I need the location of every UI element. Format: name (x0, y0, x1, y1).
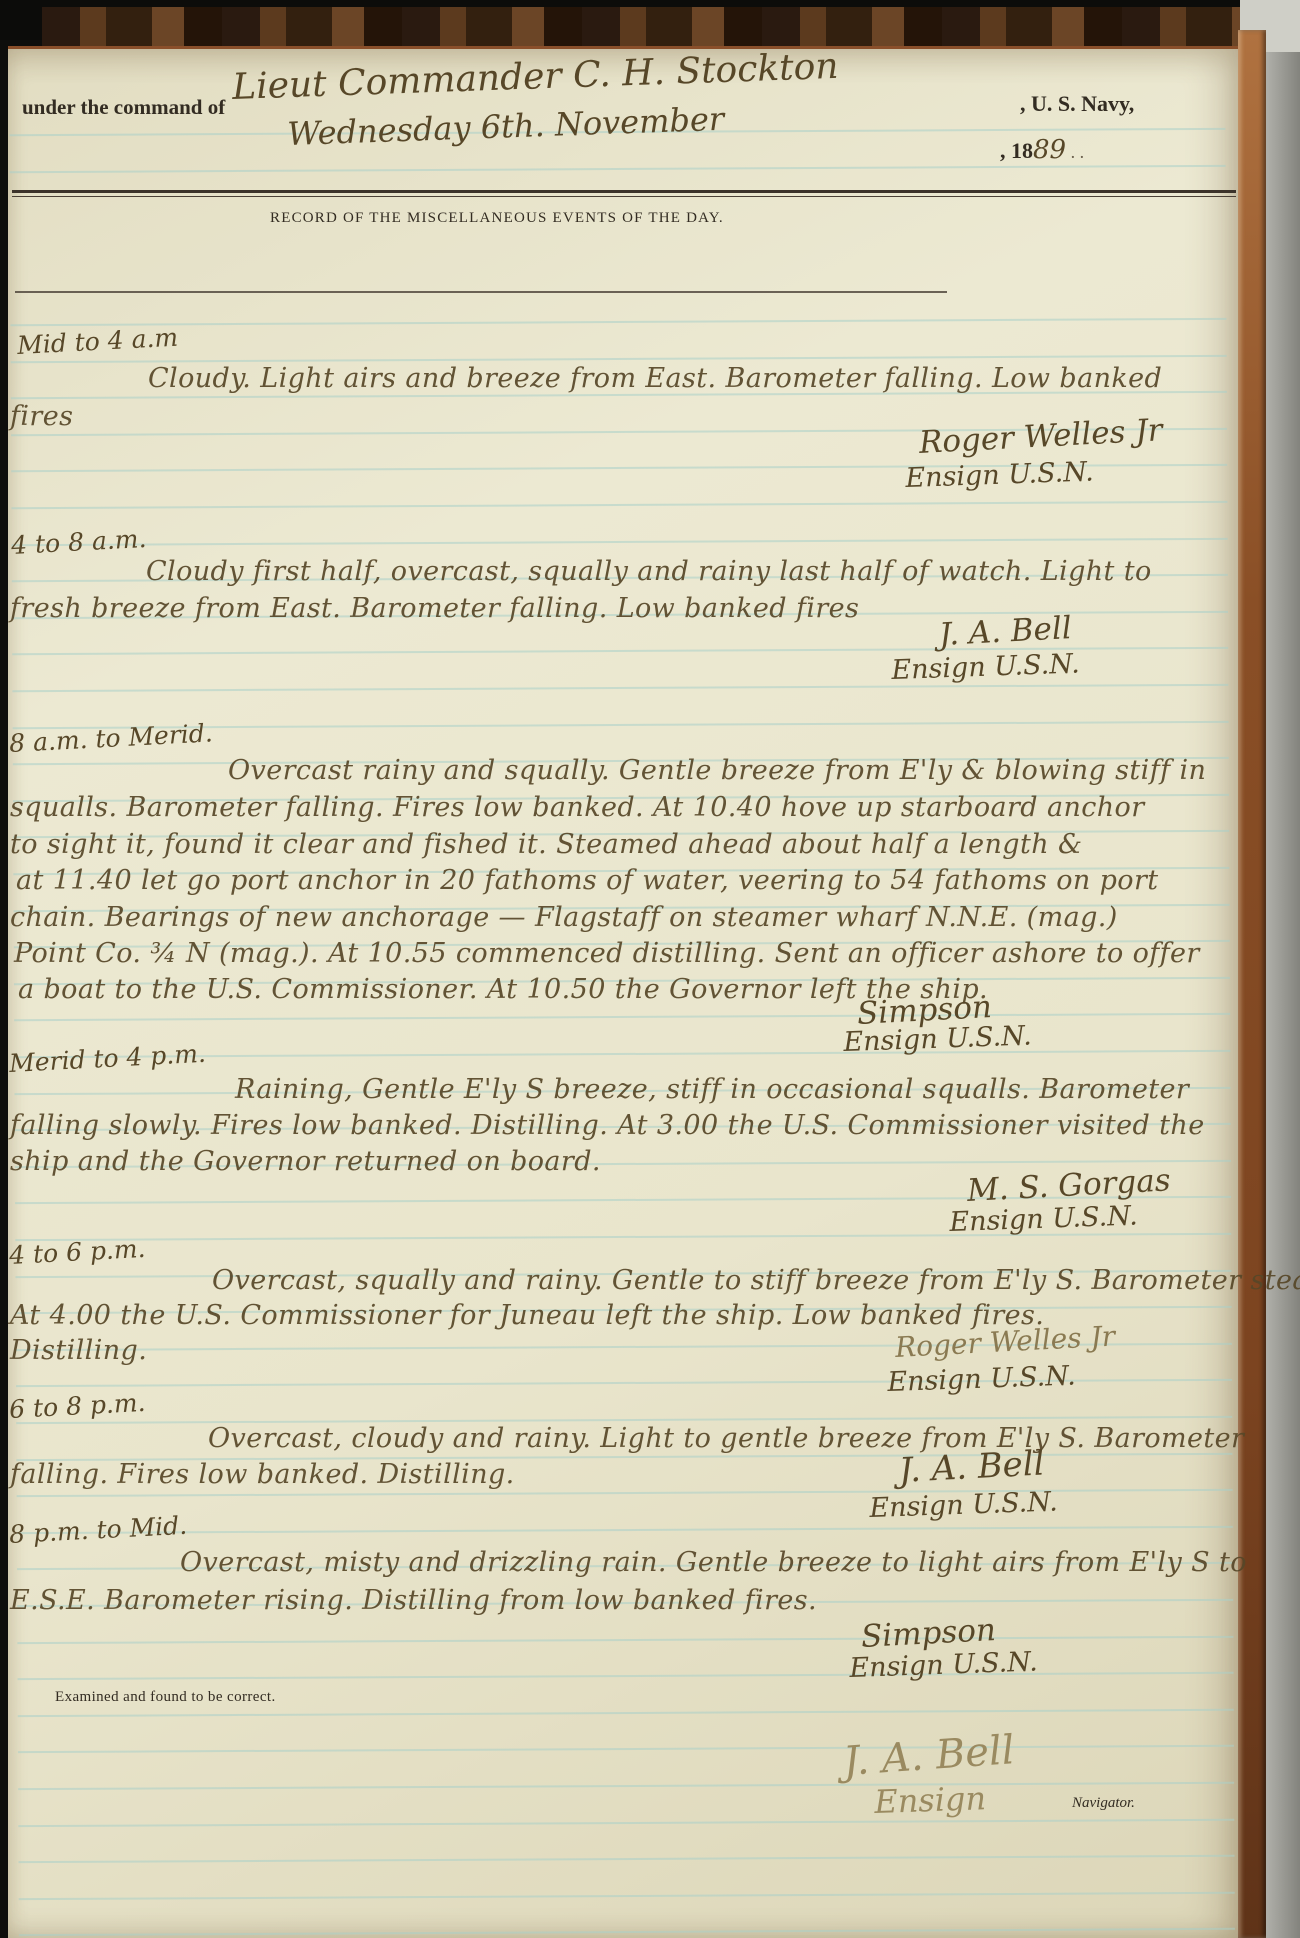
section-title: RECORD OF THE MISCELLANEOUS EVENTS OF TH… (270, 210, 694, 227)
entry-line: Point Co. ¾ N (mag.). At 10.55 commenced… (14, 938, 1200, 969)
entry-line: falling. Fires low banked. Distilling. (10, 1459, 515, 1490)
year-script: 89 (1033, 135, 1066, 165)
officer-rank: Ensign U.S.N. (887, 1360, 1076, 1398)
entry-line: Overcast, squally and rainy. Gentle to s… (212, 1265, 1300, 1296)
officer-signature: J. A. Bell (898, 1443, 1046, 1491)
officer-rank: Ensign U.S.N. (891, 648, 1080, 686)
navigator-rank: Ensign (874, 1779, 987, 1821)
navigator-label: Navigator. (1072, 1795, 1135, 1812)
year-dots: . . (1066, 142, 1084, 162)
entry-line: falling slowly. Fires low banked. Distil… (10, 1110, 1205, 1141)
entry-line: a boat to the U.S. Commissioner. At 10.5… (18, 974, 988, 1005)
officer-rank: Ensign U.S.N. (843, 1020, 1032, 1058)
entry-line: Overcast rainy and squally. Gentle breez… (228, 755, 1206, 786)
entry-line: E.S.E. Barometer rising. Distilling from… (10, 1585, 817, 1616)
entry-line: squalls. Barometer falling. Fires low ba… (10, 792, 1145, 823)
entry-line: Raining, Gentle E'ly S breeze, stiff in … (235, 1074, 1189, 1105)
page-fore-edge (1238, 30, 1266, 1938)
entry-line: Distilling. (10, 1335, 147, 1366)
officer-signature: J. A. Bell (938, 610, 1072, 653)
entry-line: Overcast, misty and drizzling rain. Gent… (180, 1547, 1247, 1578)
double-rule-thin (12, 196, 1236, 197)
double-rule (12, 190, 1236, 193)
entry-line: ship and the Governor returned on board. (10, 1146, 601, 1177)
officer-rank: Ensign U.S.N. (849, 1646, 1038, 1684)
year-line: , 1889 . . (1000, 135, 1084, 165)
examined-label: Examined and found to be correct. (55, 1689, 276, 1706)
command-label: under the command of (22, 95, 225, 120)
officer-rank: Ensign U.S.N. (949, 1200, 1138, 1238)
entry-line: chain. Bearings of new anchorage — Flags… (10, 902, 1118, 933)
entry-line: Overcast, cloudy and rainy. Light to gen… (208, 1423, 1244, 1454)
log-page: under the command of Lieut Commander C. … (8, 46, 1238, 1938)
navy-label: , U. S. Navy, (1020, 91, 1134, 117)
entry-line: to sight it, found it clear and fished i… (10, 829, 1082, 860)
officer-rank: Ensign U.S.N. (905, 456, 1094, 494)
logbook-photo: under the command of Lieut Commander C. … (0, 0, 1300, 1938)
entry-line: fires (10, 401, 73, 432)
year-prefix: , 18 (1000, 138, 1033, 163)
entry-line: at 11.40 let go port anchor in 20 fathom… (16, 865, 1159, 896)
scan-backdrop (1266, 0, 1300, 1938)
section-rule (15, 291, 947, 293)
entry-line: Cloudy. Light airs and breeze from East.… (148, 363, 1162, 394)
entry-line: Cloudy first half, overcast, squally and… (146, 556, 1152, 587)
entry-line: At 4.00 the U.S. Commissioner for Juneau… (10, 1300, 1044, 1331)
entry-line: fresh breeze from East. Barometer fallin… (10, 593, 859, 624)
officer-rank: Ensign U.S.N. (869, 1486, 1058, 1524)
book-binding-edge (42, 7, 1242, 49)
